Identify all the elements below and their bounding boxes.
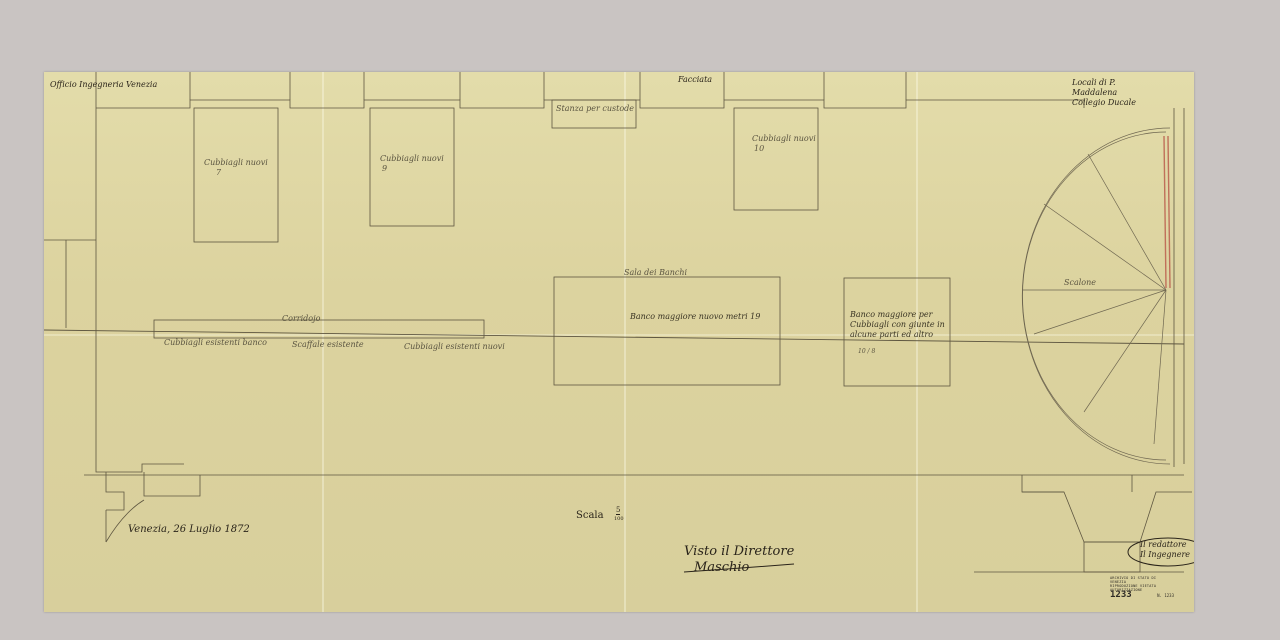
top-right-note: Locali di P. Maddalena Collegio Ducale: [1072, 78, 1152, 108]
room-number-left-1: 7: [216, 168, 221, 177]
archive-stamp: ARCHIVIO DI STATO DI VENEZIA RIPRODUZION…: [1110, 576, 1174, 602]
date-place: Venezia, 26 Luglio 1872: [128, 524, 250, 535]
scale-numerator: 5: [616, 506, 620, 515]
corridor-mid-label: Scaffale esistente: [292, 340, 364, 349]
redactor-signature-2: Il Ingegnere: [1140, 550, 1190, 559]
room-label-left-1: Cubbiagli nuovi: [204, 158, 268, 167]
director-signature: Maschio: [694, 560, 749, 575]
right-room-note-3: alcune parti ed altro: [850, 330, 933, 339]
corridor-left-label: Cubbiagli esistenti banco: [164, 338, 267, 347]
right-room-note-1: Banco maggiore per: [850, 310, 932, 319]
right-room-note-2: Cubbiagli con giunte in: [850, 320, 945, 329]
director-approval: Visto il Direttore: [684, 544, 794, 559]
office-label: Officio Ingegneria Venezia: [50, 80, 157, 89]
corridor-label: Corridojo: [282, 314, 320, 323]
catalog-sub: N. 1233: [1157, 593, 1174, 598]
room-number-right-1: 10: [754, 144, 764, 153]
plan-sheet: Officio Ingegneria Venezia Locali di P. …: [44, 72, 1194, 612]
room-label-right-1: Cubbiagli nuovi: [752, 134, 816, 143]
scale-denominator: 100: [614, 516, 624, 522]
facade-label: Facciata: [678, 75, 712, 84]
catalog-number: 1233: [1110, 590, 1132, 600]
corridor-right-label: Cubbiagli esistenti nuovi: [404, 342, 505, 351]
stamp-line: ARCHIVIO DI STATO DI VENEZIA: [1110, 576, 1174, 584]
room-label-left-2: Cubbiagli nuovi: [380, 154, 444, 163]
right-room-numbers: 10 / 8: [858, 348, 875, 355]
custodian-room-label: Stanza per custode: [556, 104, 634, 113]
staircase-label: Scalone: [1064, 278, 1096, 287]
scale-label: Scala: [576, 510, 604, 521]
central-room-note: Banco maggiore nuovo metri 19: [630, 312, 760, 321]
room-number-left-2: 9: [382, 164, 387, 173]
redactor-signature-1: Il redattore: [1140, 540, 1187, 549]
central-hall-label: Sala dei Banchi: [624, 268, 687, 277]
